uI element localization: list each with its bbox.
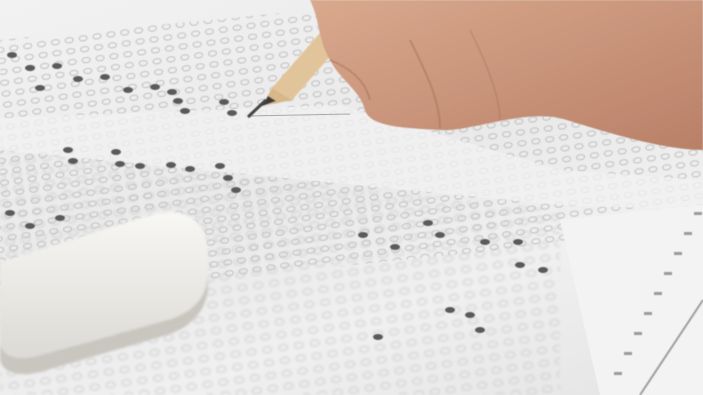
photo-scene (0, 0, 703, 395)
answer-sheet-illustration (0, 0, 703, 395)
